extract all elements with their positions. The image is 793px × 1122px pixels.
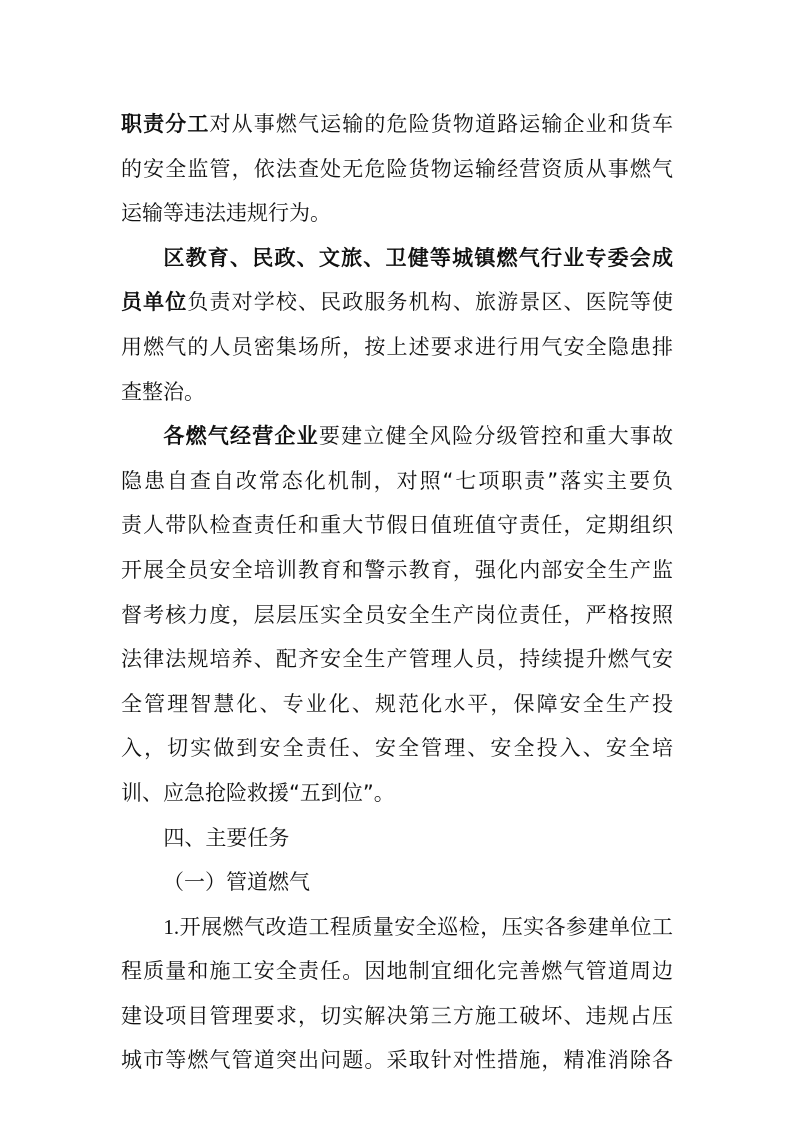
body-text: 程质量和施工安全责任。因地制宜细化完善燃气管道周边 xyxy=(121,959,673,983)
text-line: 建设项目管理要求，切实解决第三方施工破坏、违规占压 xyxy=(121,1001,673,1046)
text-line: 全管理智慧化、专业化、规范化水平，保障安全生产投 xyxy=(121,689,673,734)
body-text: 运输等违法违规行为。 xyxy=(121,201,331,225)
body-text: 法律法规培养、配齐安全生产管理人员，持续提升燃气安 xyxy=(121,647,673,671)
body-text: 用燃气的人员密集场所，按上述要求进行用气安全隐患排 xyxy=(121,335,673,359)
text-line: 训、应急抢险救援“五到位”。 xyxy=(121,778,673,823)
bold-lead: 职责分工 xyxy=(121,112,210,136)
text-line: 责人带队检查责任和重大节假日值班值守责任，定期组织 xyxy=(121,510,673,555)
text-line: 用燃气的人员密集场所，按上述要求进行用气安全隐患排 xyxy=(121,332,673,377)
subsection-heading: （一）管道燃气 xyxy=(121,867,673,912)
text-line: 查整治。 xyxy=(121,377,673,422)
body-text: 全管理智慧化、专业化、规范化水平，保障安全生产投 xyxy=(121,692,673,716)
text-line: 区教育、民政、文旅、卫健等城镇燃气行业专委会成 xyxy=(121,243,673,288)
document-page: 职责分工对从事燃气运输的危险货物道路运输企业和货车 的安全监管，依法查处无危险货… xyxy=(121,109,673,1090)
body-text: 负责对学校、民政服务机构、旅游景区、医院等使 xyxy=(187,290,673,314)
text-line: 1.开展燃气改造工程质量安全巡检，压实各参建单位工 xyxy=(121,912,673,957)
text-line: 员单位负责对学校、民政服务机构、旅游景区、医院等使 xyxy=(121,287,673,332)
item-number: 1. xyxy=(163,915,179,939)
body-text: 隐患自查自改常态化机制，对照“七项职责”落实主要负 xyxy=(121,469,673,493)
text-line: 运输等违法违规行为。 xyxy=(121,198,673,243)
text-line: 督考核力度，层层压实全员安全生产岗位责任，严格按照 xyxy=(121,600,673,645)
text-line: 程质量和施工安全责任。因地制宜细化完善燃气管道周边 xyxy=(121,956,673,1001)
body-text: 开展燃气改造工程质量安全巡检，压实各参建单位工 xyxy=(179,915,673,939)
body-text: 开展全员安全培训教育和警示教育，强化内部安全生产监 xyxy=(121,558,673,582)
bold-lead: 员单位 xyxy=(121,290,187,314)
body-text: 查整治。 xyxy=(121,380,205,404)
body-text: 城市等燃气管道突出问题。采取针对性措施，精准消除各 xyxy=(121,1048,673,1072)
bold-lead: 各燃气经营企业 xyxy=(163,424,318,448)
section-heading: 四、主要任务 xyxy=(121,823,673,868)
text-line: 开展全员安全培训教育和警示教育，强化内部安全生产监 xyxy=(121,555,673,600)
text-line: 法律法规培养、配齐安全生产管理人员，持续提升燃气安 xyxy=(121,644,673,689)
body-text: 入，切实做到安全责任、安全管理、安全投入、安全培 xyxy=(121,736,673,760)
text-line: 职责分工对从事燃气运输的危险货物道路运输企业和货车 xyxy=(121,109,673,154)
text-line: 隐患自查自改常态化机制，对照“七项职责”落实主要负 xyxy=(121,466,673,511)
body-text: 责人带队检查责任和重大节假日值班值守责任，定期组织 xyxy=(121,513,673,537)
body-text: 建设项目管理要求，切实解决第三方施工破坏、违规占压 xyxy=(121,1004,673,1028)
body-text: 要建立健全风险分级管控和重大事故 xyxy=(319,424,673,448)
bold-lead: 区教育、民政、文旅、卫健等城镇燃气行业专委会成 xyxy=(163,246,673,270)
body-text: 督考核力度，层层压实全员安全生产岗位责任，严格按照 xyxy=(121,603,673,627)
body-text: 对从事燃气运输的危险货物道路运输企业和货车 xyxy=(210,112,674,136)
text-line: 的安全监管，依法查处无危险货物运输经营资质从事燃气 xyxy=(121,154,673,199)
body-text: 的安全监管，依法查处无危险货物运输经营资质从事燃气 xyxy=(121,157,673,181)
text-line: 各燃气经营企业要建立健全风险分级管控和重大事故 xyxy=(121,421,673,466)
text-line: 城市等燃气管道突出问题。采取针对性措施，精准消除各 xyxy=(121,1045,673,1090)
body-text: 训、应急抢险救援“五到位”。 xyxy=(121,781,395,805)
text-line: 入，切实做到安全责任、安全管理、安全投入、安全培 xyxy=(121,733,673,778)
